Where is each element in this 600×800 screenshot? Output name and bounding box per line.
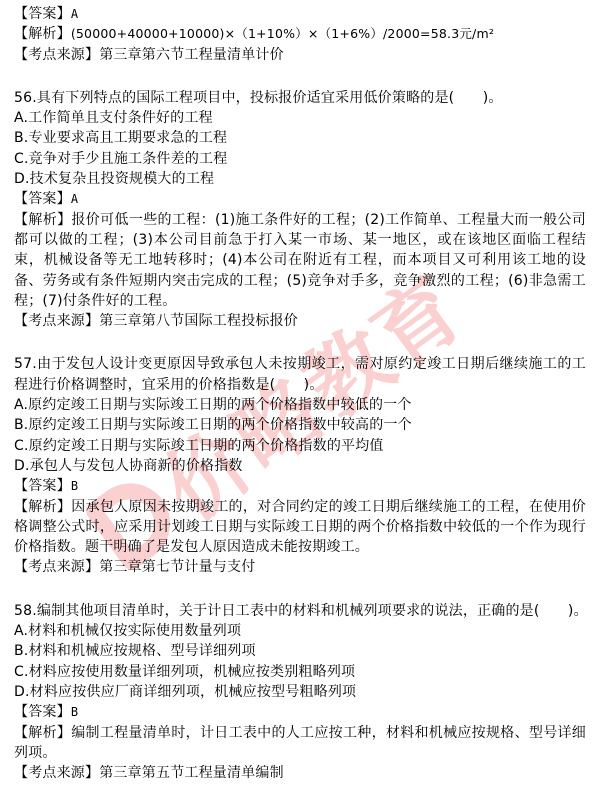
- answer-value: B: [71, 705, 78, 719]
- analysis-line: 【解析】(50000+40000+10000)×（1+10%）×（1+6%）/2…: [14, 24, 586, 44]
- question-stem: 58.编制其他项目清单时，关于计日工表中的材料和机械列项要求的说法，正确的是( …: [14, 601, 586, 621]
- option-d: D.承包人与发包人协商新的价格指数: [14, 456, 586, 476]
- analysis-text: 编制工程量清单时，计日工表中的人工应按工种，材料和机械应按规格、型号详细列项。: [14, 725, 586, 761]
- option-c: C.材料应按使用数量详细列项，机械应按类别粗略列项: [14, 662, 586, 682]
- source-text: 第三章第六节工程量清单计价: [99, 47, 284, 63]
- option-a: A.材料和机械仅按实际使用数量列项: [14, 621, 586, 641]
- spacer: [14, 331, 586, 354]
- spacer: [14, 65, 586, 88]
- analysis-text: 因承包人原因未按期竣工的，对合同约定的竣工日期后继续施工的工程，在使用价格调整公…: [14, 499, 586, 556]
- source-text: 第三章第五节工程量清单编制: [99, 765, 284, 781]
- analysis-paragraph: 【解析】编制工程量清单时，计日工表中的人工应按工种，材料和机械应按规格、型号详细…: [14, 723, 586, 764]
- option-d: D.技术复杂且投资规模大的工程: [14, 169, 586, 189]
- question-stem: 57.由于发包人设计变更原因导致承包人未按期竣工，需对原约定竣工日期后继续施工的…: [14, 354, 586, 395]
- source-line: 【考点来源】第三章第五节工程量清单编制: [14, 763, 586, 783]
- source-label: 【考点来源】: [14, 313, 99, 329]
- answer-line: 【答案】A: [14, 189, 586, 209]
- analysis-text: 报价可低一些的工程：(1)施工条件好的工程；(2)工作简单、工程量大而一般公司都…: [14, 212, 586, 309]
- answer-value: A: [71, 192, 78, 206]
- answer-value: B: [71, 479, 78, 493]
- source-label: 【考点来源】: [14, 559, 99, 575]
- option-d: D.材料应按供应厂商详细列项，机械应按型号粗略列项: [14, 682, 586, 702]
- option-c: C.竞争对手少且施工条件差的工程: [14, 149, 586, 169]
- analysis-label: 【解析】: [14, 725, 71, 741]
- answer-label: 【答案】: [14, 478, 71, 494]
- answer-line: 【答案】B: [14, 702, 586, 722]
- exam-document: 【答案】A 【解析】(50000+40000+10000)×（1+10%）×（1…: [14, 4, 586, 783]
- answer-label: 【答案】: [14, 191, 71, 207]
- source-text: 第三章第八节国际工程投标报价: [99, 313, 298, 329]
- source-line: 【考点来源】第三章第八节国际工程投标报价: [14, 311, 586, 331]
- analysis-paragraph: 【解析】因承包人原因未按期竣工的，对合同约定的竣工日期后继续施工的工程，在使用价…: [14, 497, 586, 558]
- spacer: [14, 578, 586, 601]
- answer-line: 【答案】B: [14, 476, 586, 496]
- question-57: 57.由于发包人设计变更原因导致承包人未按期竣工，需对原约定竣工日期后继续施工的…: [14, 354, 586, 577]
- source-text: 第三章第七节计量与支付: [99, 559, 255, 575]
- option-a: A.原约定竣工日期与实际竣工日期的两个价格指数中较低的一个: [14, 395, 586, 415]
- analysis-label: 【解析】: [14, 26, 71, 42]
- analysis-label: 【解析】: [14, 499, 71, 515]
- source-line: 【考点来源】第三章第七节计量与支付: [14, 557, 586, 577]
- source-label: 【考点来源】: [14, 765, 99, 781]
- option-b: B.材料和机械应按规格、型号详细列项: [14, 641, 586, 661]
- analysis-paragraph: 【解析】报价可低一些的工程：(1)施工条件好的工程；(2)工作简单、工程量大而一…: [14, 210, 586, 311]
- option-a: A.工作简单且支付条件好的工程: [14, 108, 586, 128]
- source-line: 【考点来源】第三章第六节工程量清单计价: [14, 45, 586, 65]
- source-label: 【考点来源】: [14, 47, 99, 63]
- answer-value: A: [71, 7, 78, 21]
- answer-line: 【答案】A: [14, 4, 586, 24]
- question-55-tail: 【答案】A 【解析】(50000+40000+10000)×（1+10%）×（1…: [14, 4, 586, 65]
- option-b: B.原约定竣工日期与实际竣工日期的两个价格指数中较高的一个: [14, 415, 586, 435]
- analysis-text: (50000+40000+10000)×（1+10%）×（1+6%）/2000=…: [71, 26, 494, 41]
- option-b: B.专业要求高且工期要求急的工程: [14, 128, 586, 148]
- analysis-label: 【解析】: [14, 212, 71, 228]
- answer-label: 【答案】: [14, 6, 71, 22]
- question-stem: 56.具有下列特点的国际工程项目中，投标报价适宜采用低价策略的是( )。: [14, 88, 586, 108]
- question-58: 58.编制其他项目清单时，关于计日工表中的材料和机械列项要求的说法，正确的是( …: [14, 601, 586, 784]
- answer-label: 【答案】: [14, 704, 71, 720]
- question-56: 56.具有下列特点的国际工程项目中，投标报价适宜采用低价策略的是( )。 A.工…: [14, 88, 586, 332]
- option-c: C.原约定竣工日期与实际竣工日期的两个价格指数的平均值: [14, 436, 586, 456]
